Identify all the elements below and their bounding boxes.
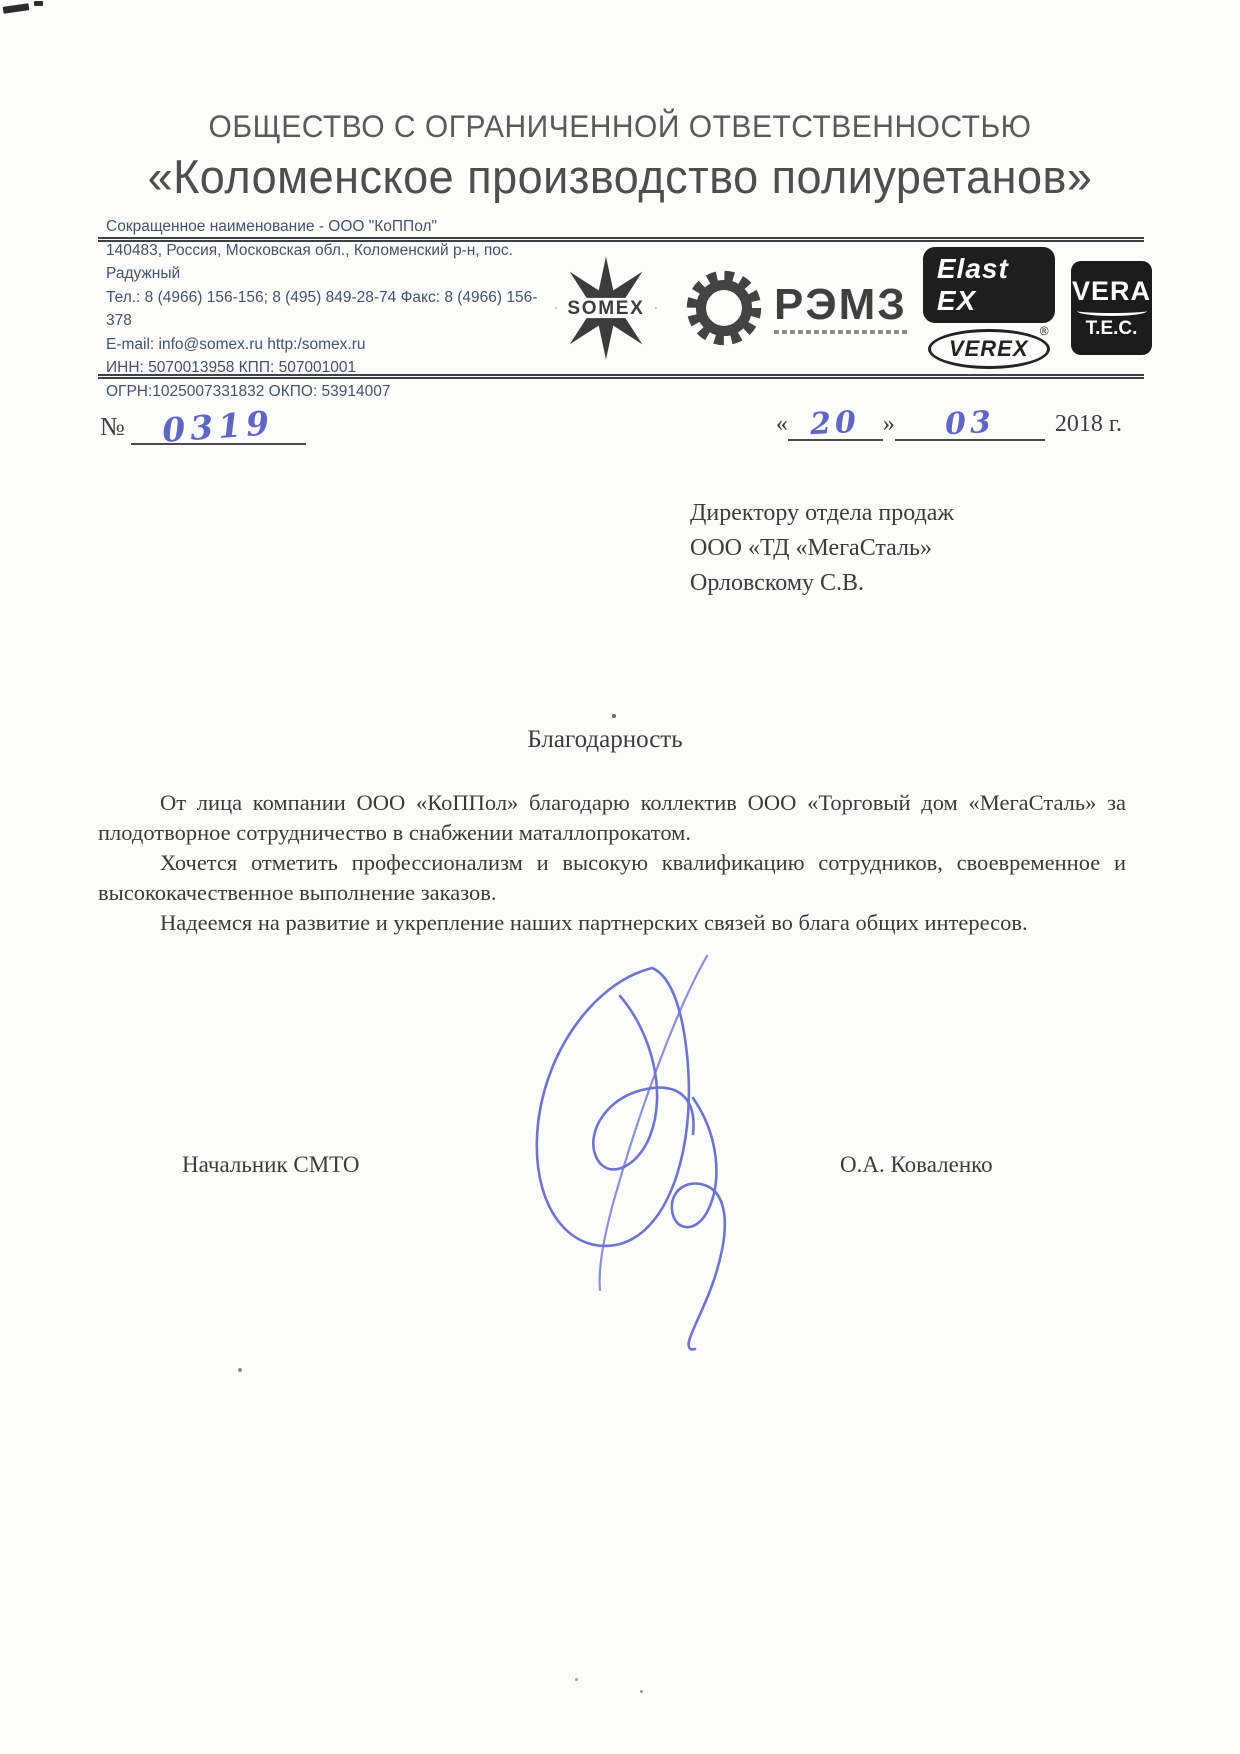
addressee-block: Директору отдела продаж ООО «ТД «МегаСта… bbox=[690, 496, 954, 601]
company-shortname: Сокращенное наименование - ООО "КоППол" bbox=[106, 215, 550, 239]
letter-title: Благодарность bbox=[0, 726, 1210, 754]
remz-tagline-microtext bbox=[774, 330, 907, 334]
somex-logo-text: SOMEX bbox=[567, 298, 644, 319]
elastex-logo-icon: Elast EX bbox=[923, 247, 1055, 323]
addressee-name: Орловскому С.В. bbox=[690, 566, 954, 601]
document-number-field: 0319 bbox=[131, 404, 306, 445]
date-month-field: 03 bbox=[895, 404, 1045, 441]
vera-tec-text: T.E.C. bbox=[1086, 319, 1138, 338]
verex-logo-text: VEREX bbox=[949, 336, 1029, 361]
scan-artifact bbox=[575, 1678, 578, 1681]
document-date-row: «20»032018 г. bbox=[776, 404, 1122, 441]
company-address: 140483, Россия, Московская обл., Коломен… bbox=[106, 239, 550, 286]
date-day-field: 20 bbox=[788, 404, 883, 441]
date-day-handwritten: 20 bbox=[810, 405, 862, 443]
number-sign-label: № bbox=[100, 412, 125, 441]
scan-artifact bbox=[238, 1368, 242, 1372]
date-year-label: 2018 г. bbox=[1055, 411, 1122, 437]
remz-logo-text: РЭМЗ bbox=[774, 283, 907, 327]
date-quote-open: « bbox=[776, 411, 788, 437]
document-number-handwritten: 0319 bbox=[161, 403, 275, 450]
vera-tec-logo-icon: VERA T.E.C. bbox=[1071, 261, 1153, 355]
letter-body: От лица компании ООО «КоППол» благодарю … bbox=[98, 788, 1126, 938]
scan-artifact bbox=[640, 1690, 643, 1693]
elastex-verex-logos: Elast EX VEREX ® bbox=[923, 247, 1055, 369]
date-month-handwritten: 03 bbox=[944, 405, 996, 443]
letter-paragraph: От лица компании ООО «КоППол» благодарю … bbox=[98, 788, 1126, 848]
scanned-letter-page: ОБЩЕСТВО С ОГРАНИЧЕННОЙ ОТВЕТСТВЕННОСТЬЮ… bbox=[0, 0, 1240, 1754]
vera-logo-text: VERA bbox=[1072, 278, 1151, 305]
vera-logo-curve bbox=[1077, 306, 1147, 316]
company-details: Сокращенное наименование - ООО "КоППол" … bbox=[98, 209, 550, 407]
scan-artifact bbox=[612, 714, 616, 718]
scan-artifact bbox=[34, 1, 43, 6]
letterhead: ОБЩЕСТВО С ОГРАНИЧЕННОЙ ОТВЕТСТВЕННОСТЬЮ… bbox=[0, 109, 1240, 204]
letter-paragraph: Надеемся на развитие и укрепление наших … bbox=[98, 908, 1126, 938]
company-inn-kpp: ИНН: 5070013958 КПП: 507001001 bbox=[106, 356, 550, 380]
elastex-logo-text: Elast EX bbox=[937, 253, 1009, 316]
company-email-web: E-mail: info@somex.ru http:/somex.ru bbox=[106, 333, 550, 357]
remz-logo-icon: РЭМЗ bbox=[678, 262, 907, 354]
company-ogrn-okpo: ОГРН:1025007331832 ОКПО: 53914007 bbox=[106, 380, 550, 404]
company-legal-form: ОБЩЕСТВО С ОГРАНИЧЕННОЙ ОТВЕТСТВЕННОСТЬЮ bbox=[0, 109, 1240, 145]
somex-logo-icon: SOMEX bbox=[550, 252, 662, 364]
gear-icon bbox=[678, 262, 770, 354]
handwritten-signature bbox=[492, 938, 792, 1363]
scan-artifact bbox=[3, 3, 30, 14]
partner-logos: SOMEX РЭМЗ Elast EX VEREX bbox=[550, 247, 1156, 369]
company-phones: Тел.: 8 (4966) 156-156; 8 (495) 849-28-7… bbox=[106, 286, 550, 333]
company-info-banner: Сокращенное наименование - ООО "КоППол" … bbox=[98, 237, 1144, 379]
addressee-position: Директору отдела продаж bbox=[690, 496, 954, 531]
signer-name: О.А. Коваленко bbox=[840, 1152, 993, 1178]
document-number-row: №0319 bbox=[100, 404, 306, 445]
date-quote-close: » bbox=[883, 411, 895, 437]
letter-paragraph: Хочется отметить профессионализм и высок… bbox=[98, 848, 1126, 908]
registered-trademark-icon: ® bbox=[1040, 324, 1049, 338]
company-name: «Коломенское производство полиуретанов» bbox=[0, 150, 1240, 205]
verex-logo-icon: VEREX ® bbox=[928, 329, 1050, 369]
signer-position: Начальник СМТО bbox=[182, 1152, 360, 1178]
addressee-company: ООО «ТД «МегаСталь» bbox=[690, 531, 954, 566]
